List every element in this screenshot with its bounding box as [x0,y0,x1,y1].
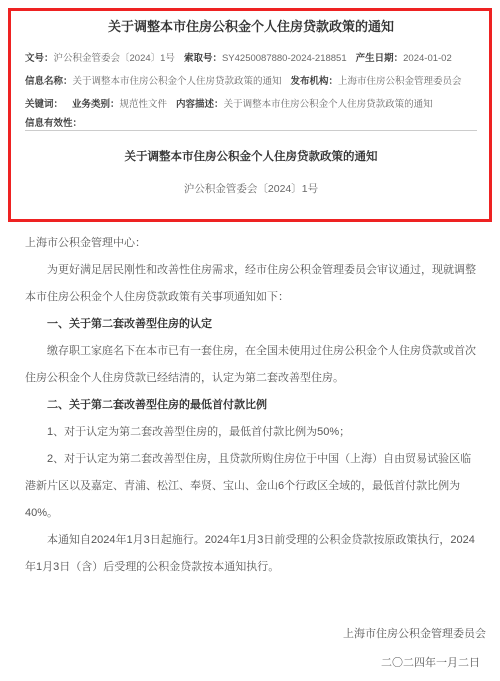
meta-block: 文号：沪公积金管委会〔2024〕1号索取号：SY4250087880-2024-… [25,52,477,130]
meta-row: 信息有效性： [25,117,477,130]
document-number: 沪公积金管委会〔2024〕1号 [25,181,477,197]
body-paragraph: 缴存职工家庭名下在本市已有一套住房，在全国未使用过住房公积金个人住房贷款或首次住… [25,338,477,392]
notice-body: 上海市公积金管理中心：为更好满足居民刚性和改善性住房需求，经市住房公积金管理委员… [0,222,500,581]
meta-field-value: 关于调整本市住房公积金个人住房贷款政策的通知 [73,76,282,87]
meta-field-label: 业务类别： [72,99,120,110]
meta-field: 索取号：SY4250087880-2024-218851 [184,53,347,64]
meta-field: 内容描述：关于调整本市住房公积金个人住房贷款政策的通知 [176,99,433,110]
meta-field-value: 关于调整本市住房公积金个人住房贷款政策的通知 [224,99,433,110]
signature-block: 上海市住房公积金管理委员会 二〇二四年一月二日 [0,621,500,677]
meta-field-value: 规范性文件 [120,99,168,110]
meta-row: 文号：沪公积金管委会〔2024〕1号索取号：SY4250087880-2024-… [25,52,477,65]
meta-field: 发布机构：上海市住房公积金管理委员会 [291,76,462,87]
document-title: 关于调整本市住房公积金个人住房贷款政策的通知 [25,148,477,166]
body-paragraph: 2、对于认定为第二套改善型住房，且贷款所购住房位于中国（上海）自由贸易试验区临港… [25,446,477,527]
body-paragraph: 本通知自2024年1月3日起施行。2024年1月3日前受理的公积金贷款按原政策执… [25,527,477,581]
meta-field-value: 沪公积金管委会〔2024〕1号 [54,53,175,64]
meta-field: 产生日期：2024-01-02 [356,53,452,64]
meta-field: 信息名称：关于调整本市住房公积金个人住房贷款政策的通知 [25,76,282,87]
meta-field-label: 信息名称： [25,76,73,87]
body-paragraph: 1、对于认定为第二套改善型住房的，最低首付款比例为50%； [25,419,477,446]
meta-field: 文号：沪公积金管委会〔2024〕1号 [25,53,175,64]
meta-field: 关键词： [25,99,63,110]
section-heading: 二、关于第二套改善型住房的最低首付款比例 [25,392,477,419]
meta-field-value: 上海市住房公积金管理委员会 [338,76,462,87]
header-divider [25,130,477,131]
body-paragraph: 为更好满足居民刚性和改善性住房需求，经市住房公积金管理委员会审议通过，现就调整本… [25,257,477,311]
meta-field-label: 内容描述： [176,99,224,110]
meta-field-label: 信息有效性： [25,118,82,129]
meta-field-label: 文号： [25,53,54,64]
meta-field-label: 关键词： [25,99,63,110]
section-heading: 一、关于第二套改善型住房的认定 [25,311,477,338]
meta-field-label: 产生日期： [356,53,404,64]
notice-page: 关于调整本市住房公积金个人住房贷款政策的通知 文号：沪公积金管委会〔2024〕1… [0,0,500,681]
meta-field: 业务类别：规范性文件 [72,99,167,110]
notice-header: 关于调整本市住房公积金个人住房贷款政策的通知 文号：沪公积金管委会〔2024〕1… [0,0,500,222]
meta-field-value: SY4250087880-2024-218851 [222,53,347,64]
body-paragraph: 上海市公积金管理中心： [25,230,477,257]
meta-row: 关键词：业务类别：规范性文件内容描述：关于调整本市住房公积金个人住房贷款政策的通… [25,98,477,111]
meta-row: 信息名称：关于调整本市住房公积金个人住房贷款政策的通知发布机构：上海市住房公积金… [25,75,477,88]
signature-date: 二〇二四年一月二日 [0,650,480,677]
page-title: 关于调整本市住房公积金个人住房贷款政策的通知 [25,17,477,37]
meta-field-value: 2024-01-02 [403,53,452,64]
meta-field-label: 发布机构： [291,76,339,87]
signature-organization: 上海市住房公积金管理委员会 [0,621,486,648]
meta-field: 信息有效性： [25,118,82,129]
meta-field-label: 索取号： [184,53,222,64]
